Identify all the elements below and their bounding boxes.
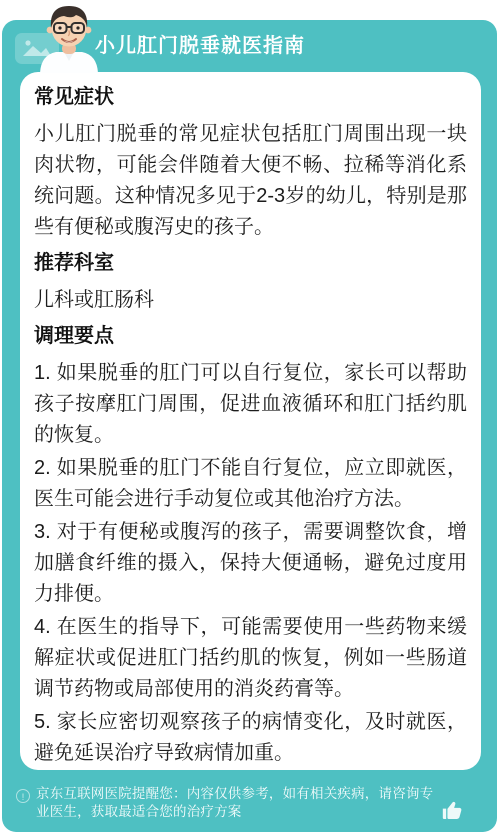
info-circle-icon: ! [16,789,30,803]
care-point-item: 1. 如果脱垂的肛门可以自行复位，家长可以帮助孩子按摩肛门周围，促进血液循环和肛… [34,358,467,451]
section-recommended-department: 推荐科室 儿科或肛肠科 [34,251,467,316]
section-paragraph: 小儿肛门脱垂的常见症状包括肛门周围出现一块肉状物，可能会伴随着大便不畅、拉稀等消… [34,119,467,243]
care-point-item: 5. 家长应密切观察孩子的病情变化，及时就医，避免延误治疗导致病情加重。 [34,707,467,769]
header-bar: 小儿肛门脱垂就医指南 [2,20,497,72]
care-point-item: 4. 在医生的指导下，可能需要使用一些药物来缓解症状或促进肛门括约肌的恢复，例如… [34,612,467,705]
thumbs-up-icon[interactable] [440,797,467,824]
section-heading: 推荐科室 [34,251,467,275]
section-common-symptoms: 常见症状 小儿肛门脱垂的常见症状包括肛门周围出现一块肉状物，可能会伴随着大便不畅… [34,85,467,243]
section-heading: 常见症状 [34,85,467,109]
doctor-avatar [28,3,110,73]
section-care-points: 调理要点 1. 如果脱垂的肛门可以自行复位，家长可以帮助孩子按摩肛门周围，促进血… [34,324,467,769]
page-title: 小儿肛门脱垂就医指南 [95,20,305,72]
content-card: 常见症状 小儿肛门脱垂的常见症状包括肛门周围出现一块肉状物，可能会伴随着大便不畅… [20,72,481,770]
care-point-item: 3. 对于有便秘或腹泻的孩子，需要调整饮食，增加膳食纤维的摄入，保持大便通畅，避… [34,517,467,610]
care-point-item: 2. 如果脱垂的肛门不能自行复位，应立即就医，医生可能会进行手动复位或其他治疗方… [34,453,467,515]
section-heading: 调理要点 [34,324,467,348]
guide-widget: 小儿肛门脱垂就医指南 常见症状 小儿肛门脱垂的常见症状包括肛门周围出现一块肉状物… [2,20,497,832]
disclaimer-text: 京东互联网医院提醒您：内容仅供参考，如有相关疾病，请咨询专业医生，获取最适合您的… [36,785,438,821]
section-paragraph: 儿科或肛肠科 [34,285,467,316]
footer-bar: ! 京东互联网医院提醒您：内容仅供参考，如有相关疾病，请咨询专业医生，获取最适合… [2,770,497,832]
